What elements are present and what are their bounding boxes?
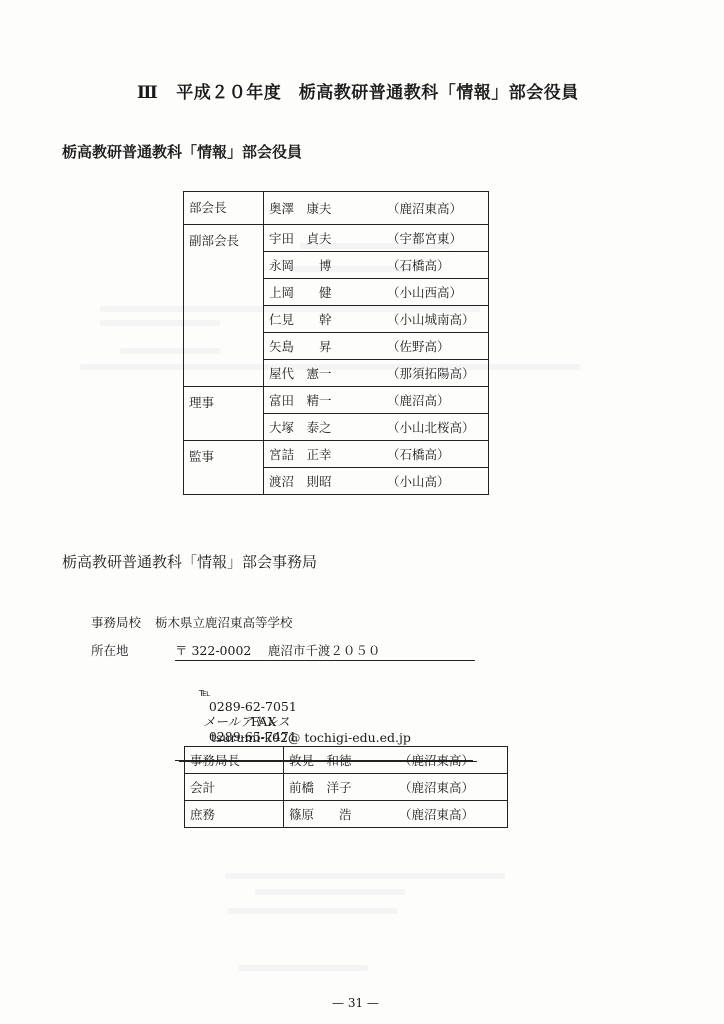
person-school: （那須拓陽高） (387, 364, 475, 382)
person-school: （石橋高） (387, 445, 450, 463)
person-school: （佐野高） (387, 337, 450, 355)
person-name: 大塚 泰之 (269, 418, 387, 436)
person-school: （小山高） (387, 472, 450, 490)
person-cell: 篠原 浩（鹿沼東高） (284, 801, 508, 828)
person-cell: 渡沼 則昭（小山高） (264, 468, 489, 495)
person-school: （鹿沼東高） (399, 751, 474, 769)
office-school-value: 栃木県立鹿沼東高等学校 (155, 613, 293, 631)
person-cell: 大塚 泰之（小山北桜高） (264, 414, 489, 441)
role-cell: 事務局長 (185, 747, 284, 774)
role-cell: 副部会長 (184, 225, 264, 387)
officers-table: 部会長 奥澤 康夫（鹿沼東高） 副部会長 宇田 貞夫（宇都宮東） 永岡 博（石橋… (183, 191, 489, 495)
document-page: Ⅲ平成２０年度 栃高教研普通教科「情報」部会役員 栃高教研普通教科「情報」部会役… (0, 0, 724, 1024)
bleed-through-text (225, 873, 505, 879)
bleed-through-text (228, 908, 398, 914)
table-row: 理事 富田 精一（鹿沼高） (184, 387, 489, 414)
secretariat-staff-table: 事務局長 敦見 和徳（鹿沼東高） 会計 前橋 洋子（鹿沼東高） 庶務 篠原 浩（… (184, 746, 508, 828)
address-value: 〒 322-0002 鹿沼市千渡２０５０ (175, 641, 475, 661)
person-name: 宇田 貞夫 (269, 229, 387, 247)
person-cell: 永岡 博（石橋高） (264, 252, 489, 279)
person-school: （小山西高） (387, 283, 462, 301)
page-number: — 31 — (332, 996, 379, 1010)
person-cell: 仁見 幹（小山城南高） (264, 306, 489, 333)
person-name: 永岡 博 (269, 256, 387, 274)
officers-section-title: 栃高教研普通教科「情報」部会役員 (62, 141, 302, 162)
person-name: 矢島 昇 (269, 337, 387, 355)
person-cell: 宮詰 正幸（石橋高） (264, 441, 489, 468)
person-school: （鹿沼東高） (399, 778, 474, 796)
person-cell: 奥澤 康夫（鹿沼東高） (264, 192, 489, 225)
person-cell: 矢島 昇（佐野高） (264, 333, 489, 360)
role-cell: 部会長 (184, 192, 264, 225)
person-name: 屋代 憲一 (269, 364, 387, 382)
table-row: 会計 前橋 洋子（鹿沼東高） (185, 774, 508, 801)
person-cell: 宇田 貞夫（宇都宮東） (264, 225, 489, 252)
bleed-through-text (238, 965, 368, 971)
table-row: 事務局長 敦見 和徳（鹿沼東高） (185, 747, 508, 774)
email-label: メールアドレス (203, 714, 290, 729)
person-cell: 上岡 健（小山西高） (264, 279, 489, 306)
person-name: 上岡 健 (269, 283, 387, 301)
person-school: （鹿沼高） (387, 391, 450, 409)
person-cell: 前橋 洋子（鹿沼東高） (284, 774, 508, 801)
person-cell: 屋代 憲一（那須拓陽高） (264, 360, 489, 387)
role-cell: 会計 (185, 774, 284, 801)
bleed-through-text (255, 889, 405, 895)
person-cell: 敦見 和徳（鹿沼東高） (284, 747, 508, 774)
section-numeral: Ⅲ (137, 83, 158, 103)
person-school: （鹿沼東高） (399, 805, 474, 823)
person-name: 前橋 洋子 (289, 778, 399, 796)
secretariat-section-title: 栃高教研普通教科「情報」部会事務局 (62, 551, 317, 572)
table-row: 監事 宮詰 正幸（石橋高） (184, 441, 489, 468)
person-name: 奥澤 康夫 (269, 199, 387, 217)
office-school-label: 事務局校 (91, 613, 141, 631)
table-row: 部会長 奥澤 康夫（鹿沼東高） (184, 192, 489, 225)
person-name: 篠原 浩 (289, 805, 399, 823)
person-name: 仁見 幹 (269, 310, 387, 328)
page-title-text: 平成２０年度 栃高教研普通教科「情報」部会役員 (176, 83, 579, 103)
role-cell: 庶務 (185, 801, 284, 828)
person-name: 渡沼 則昭 (269, 472, 387, 490)
person-school: （石橋高） (387, 256, 450, 274)
person-name: 敦見 和徳 (289, 751, 399, 769)
email-value: tsurumi-k02@ tochigi-edu.ed.jp (211, 730, 411, 745)
person-school: （小山北桜高） (387, 418, 475, 436)
page-title: Ⅲ平成２０年度 栃高教研普通教科「情報」部会役員 (137, 78, 579, 103)
person-name: 宮詰 正幸 (269, 445, 387, 463)
person-school: （小山城南高） (387, 310, 475, 328)
person-school: （鹿沼東高） (387, 199, 462, 217)
person-school: （宇都宮東） (387, 229, 462, 247)
role-cell: 理事 (184, 387, 264, 441)
address-label: 所在地 (91, 641, 129, 659)
person-cell: 富田 精一（鹿沼高） (264, 387, 489, 414)
table-row: 副部会長 宇田 貞夫（宇都宮東） (184, 225, 489, 252)
table-row: 庶務 篠原 浩（鹿沼東高） (185, 801, 508, 828)
person-name: 富田 精一 (269, 391, 387, 409)
role-cell: 監事 (184, 441, 264, 495)
